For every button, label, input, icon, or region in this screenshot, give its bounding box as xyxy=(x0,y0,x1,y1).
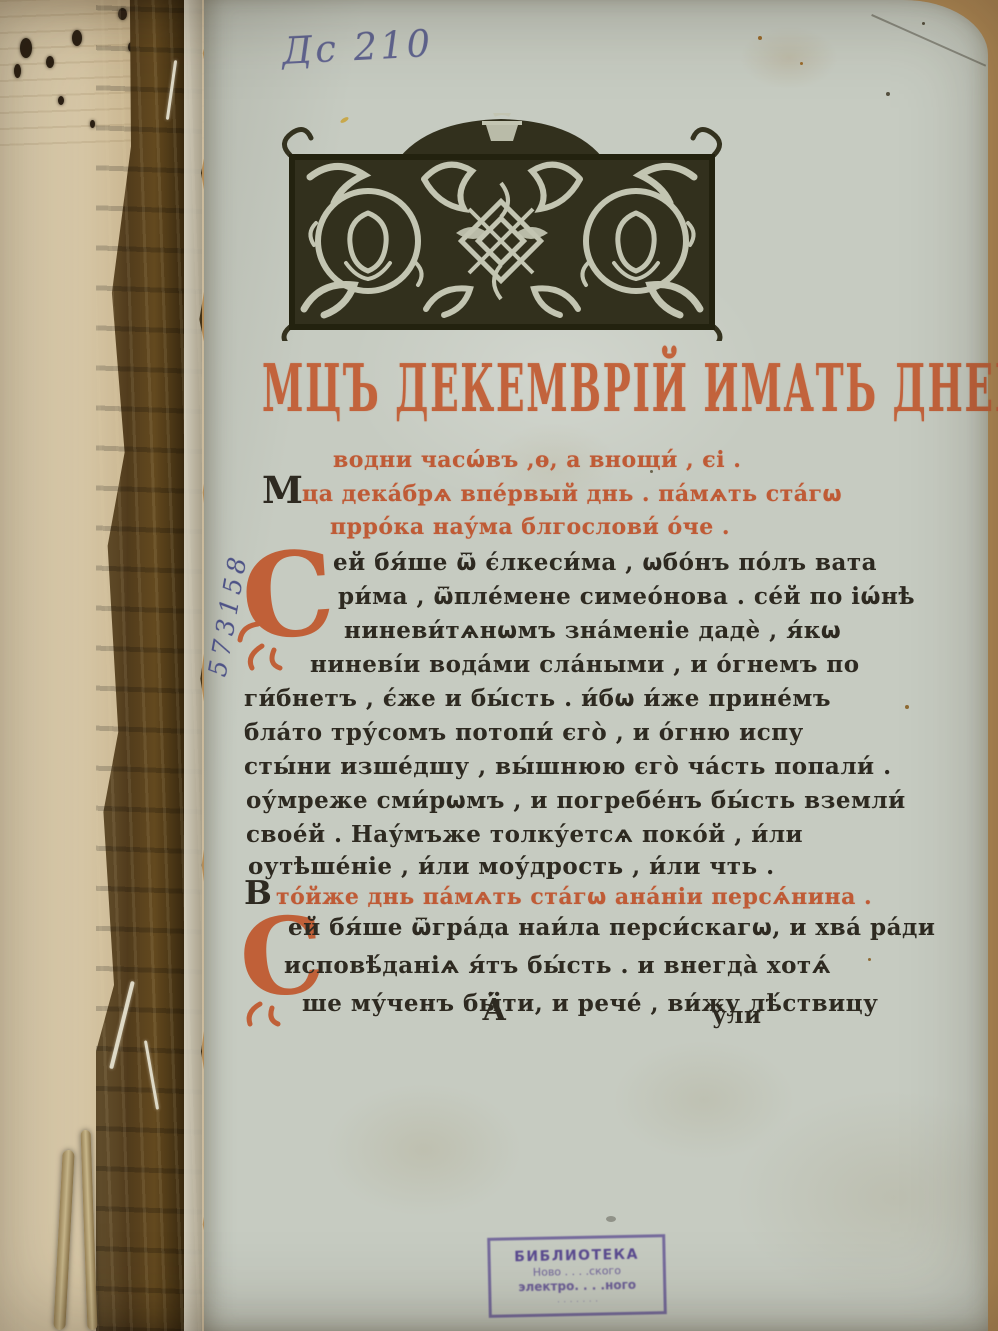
woodcut-headpiece-ornament xyxy=(276,113,728,341)
smudge xyxy=(606,1216,616,1222)
wormhole xyxy=(72,30,82,46)
photo-of-old-book: Дс 210 xyxy=(0,0,998,1331)
page-speck xyxy=(758,36,762,40)
wormhole xyxy=(58,96,64,105)
wormhole xyxy=(14,64,21,78)
library-stamp: БИБЛИОТЕКА Ново . . . .ского электро. . … xyxy=(487,1234,667,1318)
stamp-line-4: . . . . . . . xyxy=(491,1292,663,1307)
body-line: ниневи́тѧнѡмъ зна́меніе дадѐ , я́кѡ xyxy=(344,619,841,642)
body-line: ри́ма , ѿпле́мене симео́нова . се́й по і… xyxy=(338,585,915,608)
page-speck xyxy=(800,62,803,65)
rubric-line-hours: водни часѡ́въ ,ѳ, а внощи́ , єі . xyxy=(333,449,741,471)
body-line: ниневі́и вода́ми сла́ными , и о́гнемъ по xyxy=(310,653,860,676)
body-line: оу́мреже сми́рѡмъ , и погребе́нъ бы́сть … xyxy=(246,789,906,812)
rubric-line-blessing: прро́ка нау́ма блгослови́ о́че . xyxy=(330,516,730,538)
page-speck xyxy=(905,705,909,709)
quire-signature-mark: Ӓ xyxy=(482,996,507,1026)
body-line: свое́й . Нау́мъже толку́етсѧ поко́й , и́… xyxy=(246,823,803,846)
page-speck xyxy=(868,958,871,961)
body-line: ше му́ченъ бы́ти, и рече́ , ви́жу лѣ́ств… xyxy=(302,992,878,1015)
body-line: бла́то тру́сомъ потопи́ єго̀ , и о́гню и… xyxy=(244,721,804,744)
body-line: сты́ни изше́дшу , вы́шнюю єго̀ ча́сть по… xyxy=(244,755,892,778)
body-line: ей бя́ше ѿ є́лкеси́ма , ѡбо́нъ по́лъ ват… xyxy=(333,551,877,574)
body-line: ей бя́ше ѿгра́да наи́ла перси́скагѡ, и х… xyxy=(288,916,935,939)
page-speck xyxy=(886,92,890,96)
page-speck xyxy=(922,22,925,25)
rubric-line-date: ца дека́брѧ впе́рвый днь . па́мѧть ста́г… xyxy=(302,483,842,505)
wormhole xyxy=(46,56,54,68)
wormhole xyxy=(90,120,95,128)
catchword: у́ли xyxy=(712,1004,762,1027)
body-line: ги́бнетъ , є́же и бы́сть . и́бѡ и́же при… xyxy=(244,687,831,710)
rubric-initial-M: М xyxy=(262,472,303,509)
body-line: исповѣ́даніѧ я́тъ бы́сть . и внегда̀ хот… xyxy=(284,954,831,977)
chapter-title-vyaz: МЦЪ ДЕКЕМВРІЙ ИМАТЬ ДНЕЙ ЛА xyxy=(262,352,998,427)
body-line: оутѣше́ніе , и́ли моу́дрость , и́ли чть … xyxy=(248,855,775,878)
handwritten-inscription: Дс 210 xyxy=(281,22,434,73)
wormhole xyxy=(118,8,127,20)
wormhole xyxy=(20,38,32,58)
rubric-line-second-feast: то́йже днь па́мѧть ста́гѡ ана́ніи персѧ́… xyxy=(276,886,872,908)
